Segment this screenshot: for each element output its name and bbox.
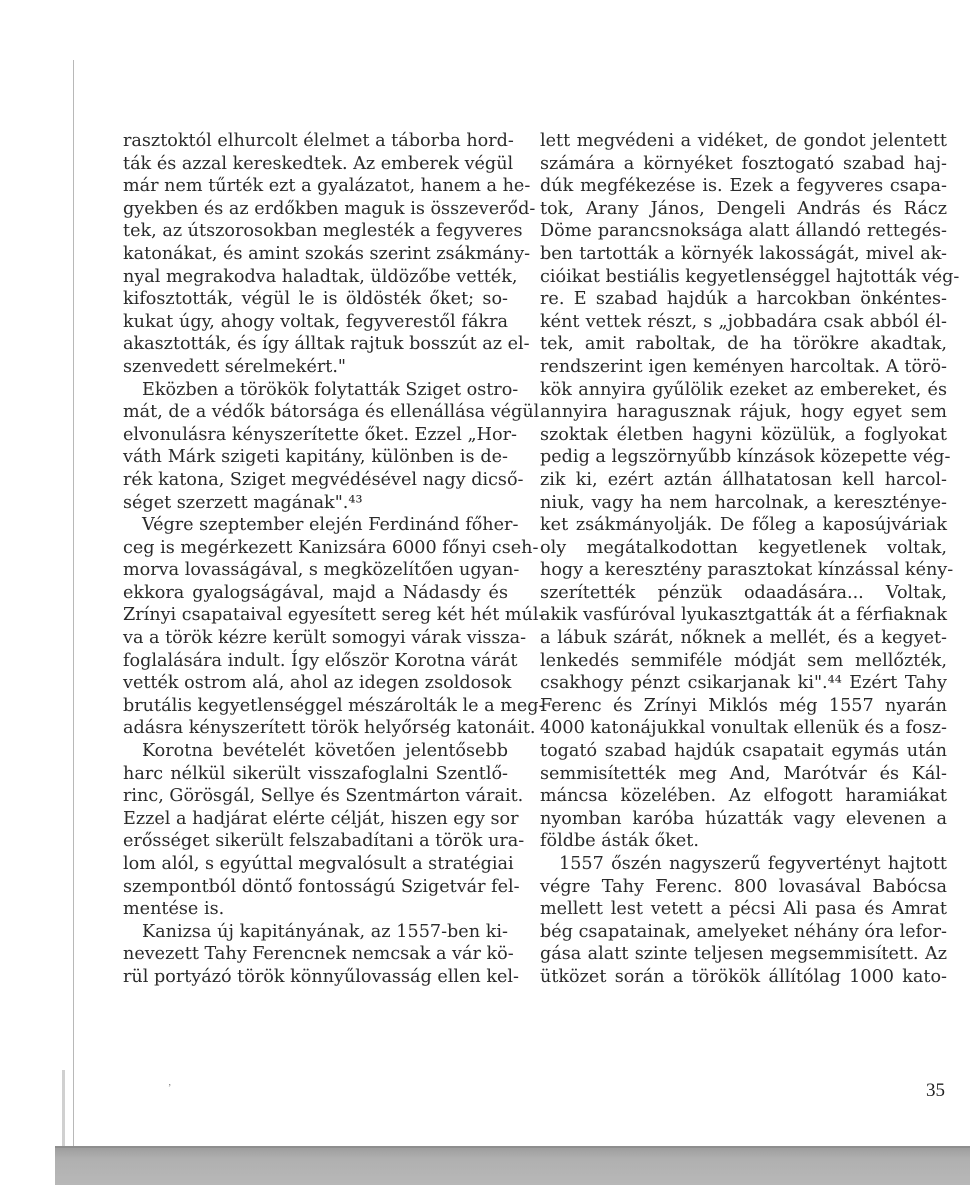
- text-line: Zrínyi csapataival egyesített sereg két …: [123, 604, 508, 627]
- text-line: rék katona, Sziget megvédésével nagy dic…: [123, 469, 508, 492]
- text-line: rül portyázó török könnyűlovasság ellen …: [123, 966, 508, 989]
- text-line: mát, de a védők bátorsága és ellenállása…: [123, 401, 508, 424]
- text-line: Végre szeptember elején Ferdinánd főher-: [123, 514, 508, 537]
- text-line: már nem tűrték ezt a gyalázatot, hanem a…: [123, 175, 508, 198]
- text-line: pedig a legszörnyűbb kínzások közepette …: [540, 446, 947, 469]
- text-line: Döme parancsnoksága alatt állandó retteg…: [540, 220, 947, 243]
- text-line: szenvedett sérelmekért.": [123, 356, 508, 379]
- text-line: cióikat bestiális kegyetlenséggel hajtot…: [540, 266, 947, 289]
- text-line: morva lovasságával, s megközelítően ugya…: [123, 559, 508, 582]
- text-line: va a török kézre került somogyi várak vi…: [123, 627, 508, 650]
- text-line: rinc, Görösgál, Sellye és Szentmárton vá…: [123, 785, 508, 808]
- text-line: Eközben a törökök folytatták Sziget ostr…: [123, 379, 508, 402]
- text-line: Korotna bevételét követően jelentősebb: [123, 740, 508, 763]
- text-line: gyekben és az erdőkben maguk is összever…: [123, 198, 508, 221]
- text-line: vették ostrom alá, ahol az idegen zsoldo…: [123, 672, 508, 695]
- text-line: niuk, vagy ha nem harcolnak, a keresztén…: [540, 492, 947, 515]
- text-line: tek, az útszorosokban meglesték a fegyve…: [123, 220, 508, 243]
- text-line: csakhogy pénzt csikarjanak ki".⁴⁴ Ezért …: [540, 672, 947, 695]
- text-line: semmisítették meg And, Marótvár és Kál-: [540, 763, 947, 786]
- text-line: máncsa közelében. Az elfogott haramiákat: [540, 785, 947, 808]
- text-line: rendszerint igen keményen harcoltak. A t…: [540, 356, 947, 379]
- text-line: 1557 őszén nagyszerű fegyvertényt hajtot…: [540, 853, 947, 876]
- text-line: 4000 katonájukkal vonultak ellenük és a …: [540, 717, 947, 740]
- text-line: kifosztották, végül le is öldösték őket;…: [123, 288, 508, 311]
- text-line: brutális kegyetlenséggel mészárolták le …: [123, 695, 508, 718]
- text-line: tok, Arany János, Dengeli András és Rácz: [540, 198, 947, 221]
- text-line: lom alól, s egyúttal megvalósult a strat…: [123, 853, 508, 876]
- text-line: ceg is megérkezett Kanizsára 6000 főnyi …: [123, 537, 508, 560]
- page-gutter-line: [73, 60, 74, 1148]
- text-line: harc nélkül sikerült visszafoglalni Szen…: [123, 763, 508, 786]
- text-line: lenkedés semmiféle módját sem mellőzték,: [540, 650, 947, 673]
- text-line: adásra kényszerített török helyőrség kat…: [123, 717, 508, 740]
- text-line: bég csapatainak, amelyeket néhány óra le…: [540, 921, 947, 944]
- text-line: togató szabad hajdúk csapatait egymás ut…: [540, 740, 947, 763]
- text-line: mellett lest vetett a pécsi Ali pasa és …: [540, 898, 947, 921]
- text-line: szerítették pénzük odaadására... Voltak,: [540, 582, 947, 605]
- text-line: Kanizsa új kapitányának, az 1557-ben ki-: [123, 921, 508, 944]
- text-line: re. E szabad hajdúk a harcokban önkéntes…: [540, 288, 947, 311]
- text-line: akik vasfúróval lyukasztgatták át a férf…: [540, 604, 947, 627]
- left-text-column: rasztoktól elhurcolt élelmet a táborba h…: [123, 130, 508, 989]
- text-line: számára a környéket fosztogató szabad ha…: [540, 153, 947, 176]
- text-line: oly megátalkodottan kegyetlenek voltak,: [540, 537, 947, 560]
- text-line: séget szerzett magának".⁴³: [123, 492, 508, 515]
- text-line: ben tartották a környék lakosságát, mive…: [540, 243, 947, 266]
- text-line: szempontból döntő fontosságú Szigetvár f…: [123, 876, 508, 899]
- text-line: ket zsákmányolják. De főleg a kaposújvár…: [540, 514, 947, 537]
- text-line: ként vettek részt, s „jobbadára csak abb…: [540, 311, 947, 334]
- text-line: elvonulásra kényszerítette őket. Ezzel „…: [123, 424, 508, 447]
- text-line: gása alatt szinte teljesen megsemmisítet…: [540, 943, 947, 966]
- text-line: annyira haragusznak rájuk, hogy egyet se…: [540, 401, 947, 424]
- text-line: Ferenc és Zrínyi Miklós még 1557 nyarán: [540, 695, 947, 718]
- text-line: katonákat, és amint szokás szerint zsákm…: [123, 243, 508, 266]
- text-line: zik ki, ezért aztán állhatatosan kell ha…: [540, 469, 947, 492]
- text-line: ekkora gyalogságával, majd a Nádasdy és: [123, 582, 508, 605]
- page-number: 35: [926, 1080, 945, 1102]
- text-line: erősséget sikerült felszabadítani a törö…: [123, 830, 508, 853]
- text-line: nyomban karóba húzatták vagy elevenen a: [540, 808, 947, 831]
- text-line: váth Márk szigeti kapitány, különben is …: [123, 446, 508, 469]
- page-edge-shadow: [62, 1070, 65, 1148]
- text-line: földbe ásták őket.: [540, 830, 947, 853]
- right-text-column: lett megvédeni a vidéket, de gondot jele…: [540, 130, 947, 989]
- text-line: tek, amit raboltak, de ha törökre akadta…: [540, 333, 947, 356]
- text-line: mentése is.: [123, 898, 508, 921]
- text-line: Ezzel a hadjárat elérte célját, hiszen e…: [123, 808, 508, 831]
- text-line: szoktak életben hagyni közülük, a foglyo…: [540, 424, 947, 447]
- text-line: lett megvédeni a vidéket, de gondot jele…: [540, 130, 947, 153]
- text-line: nevezett Tahy Ferencnek nemcsak a vár kö…: [123, 943, 508, 966]
- text-line: végre Tahy Ferenc. 800 lovasával Babócsa: [540, 876, 947, 899]
- text-line: rasztoktól elhurcolt élelmet a táborba h…: [123, 130, 508, 153]
- print-speck: ʼ: [168, 1083, 171, 1094]
- text-line: kukat úgy, ahogy voltak, fegyverestől fá…: [123, 311, 508, 334]
- text-line: kök annyira gyűlölik ezeket az embereket…: [540, 379, 947, 402]
- text-line: dúk megfékezése is. Ezek a fegyveres csa…: [540, 175, 947, 198]
- text-line: ták és azzal kereskedtek. Az emberek vég…: [123, 153, 508, 176]
- text-line: nyal megrakodva haladtak, üldözőbe vetté…: [123, 266, 508, 289]
- scan-background-strip: [55, 1148, 970, 1185]
- text-line: ütközet során a törökök állítólag 1000 k…: [540, 966, 947, 989]
- text-line: hogy a keresztény parasztokat kínzással …: [540, 559, 947, 582]
- text-line: a lábuk szárát, nőknek a mellét, és a ke…: [540, 627, 947, 650]
- text-line: akasztották, és így álltak rajtuk bosszú…: [123, 333, 508, 356]
- text-line: foglalására indult. Így először Korotna …: [123, 650, 508, 673]
